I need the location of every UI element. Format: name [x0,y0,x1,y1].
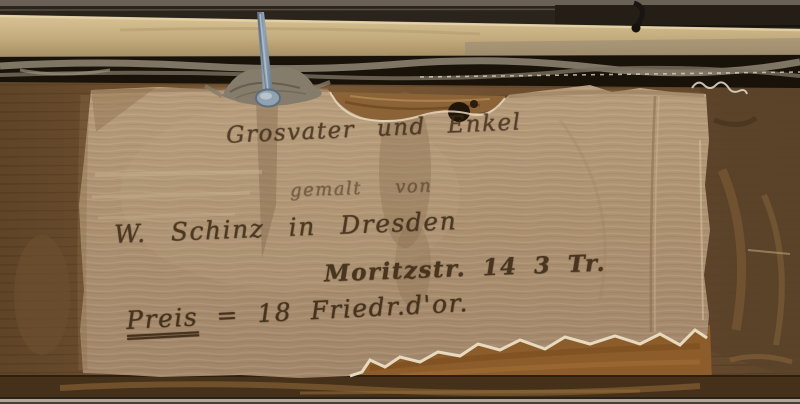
handwriting-title: Grosvater und Enkel [226,109,522,148]
label-handwriting: Grosvater und Enkel gemalt von W. Schinz… [0,0,800,404]
handwriting-price: Preis = 18 Friedr.d'or. [125,288,469,335]
handwriting-byline: gemalt von [290,176,433,202]
price-value: 18 Friedr.d'or. [257,288,470,328]
photo-painting-back: Grosvater und Enkel gemalt von W. Schinz… [0,0,800,404]
handwriting-artist: W. Schinz in Dresden [114,206,458,249]
handwriting-address: Moritzstr. 14 3 Tr. [324,250,607,288]
price-word: Preis [125,302,198,335]
price-equals: = [216,300,240,330]
